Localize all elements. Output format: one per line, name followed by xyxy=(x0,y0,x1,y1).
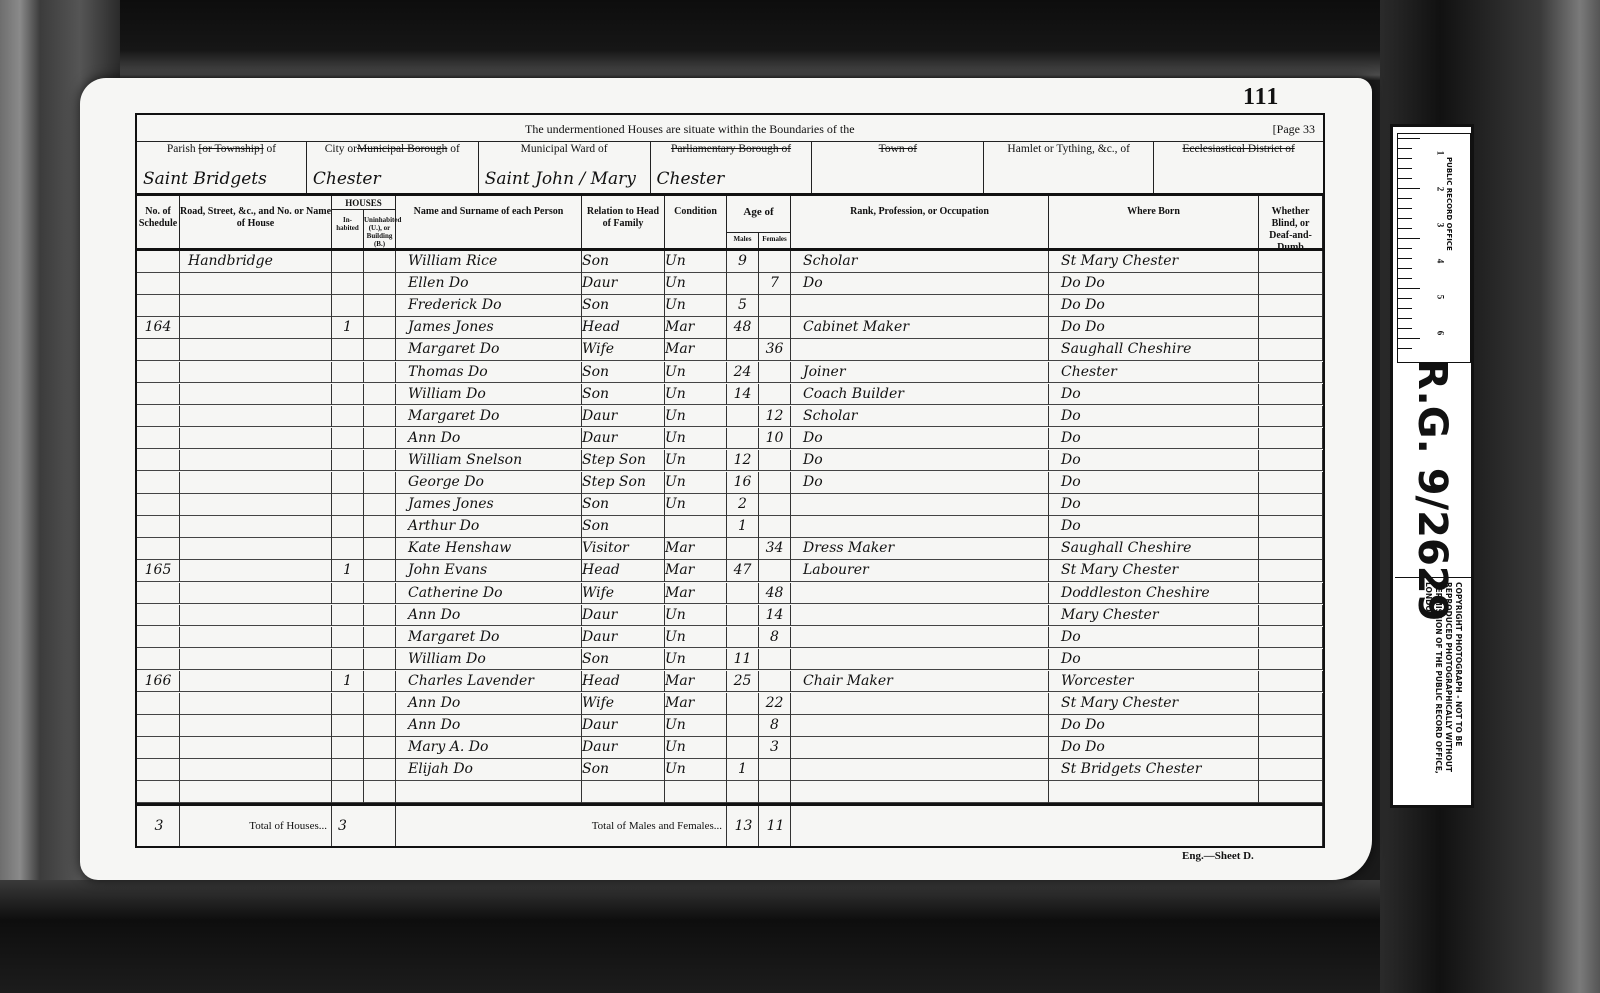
cell-uninhabited xyxy=(364,627,396,649)
table-row: Ellen DoDaurUn7DoDo Do xyxy=(137,273,1323,295)
cell-schedule xyxy=(137,450,180,472)
total-females: 11 xyxy=(759,806,791,846)
cell-name xyxy=(396,781,582,803)
cell-street xyxy=(180,472,332,494)
cell-occupation xyxy=(791,781,1049,803)
cell-born: Do xyxy=(1049,406,1259,428)
ruler-tick xyxy=(1398,278,1412,279)
table-row: William DoSonUn14Coach BuilderDo xyxy=(137,384,1323,406)
cell-inhabited xyxy=(332,516,364,538)
column-header-inhabited: In-habited xyxy=(332,209,364,248)
cell-males: 25 xyxy=(727,671,759,693)
cell-schedule xyxy=(137,339,180,361)
cell-males xyxy=(727,406,759,428)
table-row: 1651John EvansHeadMar47LabourerSt Mary C… xyxy=(137,560,1323,582)
cell-born: Do xyxy=(1049,649,1259,671)
cell-infirm xyxy=(1259,494,1323,516)
cell-relation: Daur xyxy=(582,406,665,428)
cell-name: Margaret Do xyxy=(396,627,582,649)
ruler-tick xyxy=(1398,218,1412,219)
copyright-notice: COPYRIGHT PHOTOGRAPH - NOT TO BE REPRODU… xyxy=(1395,577,1471,803)
column-header-males: Males xyxy=(727,232,759,248)
cell-uninhabited xyxy=(364,737,396,759)
cell-schedule xyxy=(137,605,180,627)
cell-females xyxy=(759,781,791,803)
cell-inhabited xyxy=(332,339,364,361)
cell-occupation xyxy=(791,737,1049,759)
total-houses: 3 xyxy=(332,806,396,846)
cell-inhabited xyxy=(332,251,364,273)
cell-females: 10 xyxy=(759,428,791,450)
table-row: James JonesSonUn2Do xyxy=(137,494,1323,516)
cell-uninhabited xyxy=(364,671,396,693)
locality-label: Parliamentary Borough of xyxy=(651,141,812,156)
cell-infirm xyxy=(1259,251,1323,273)
cell-inhabited xyxy=(332,649,364,671)
cell-schedule xyxy=(137,583,180,605)
cell-relation: Son xyxy=(582,516,665,538)
ruler-tick xyxy=(1398,168,1412,169)
ruler-tick xyxy=(1398,328,1412,329)
column-header-uninhabited: Uninhabited (U.), or Building (B.) xyxy=(364,209,396,248)
cell-females xyxy=(759,494,791,516)
ruler-number: 2 xyxy=(1435,187,1445,192)
cell-name: Frederick Do xyxy=(396,295,582,317)
table-row: Thomas DoSonUn24JoinerChester xyxy=(137,362,1323,384)
column-header-infirm: Whether Blind, or Deaf-and-Dumb xyxy=(1259,196,1323,248)
cell-females xyxy=(759,472,791,494)
cell-occupation xyxy=(791,649,1049,671)
table-row: William DoSonUn11Do xyxy=(137,649,1323,671)
cell-condition: Un xyxy=(665,605,727,627)
office-label: PUBLIC RECORD OFFICE xyxy=(1445,157,1453,251)
ruler-tick xyxy=(1398,208,1412,209)
table-row: Ann DoDaurUn10DoDo xyxy=(137,428,1323,450)
cell-schedule xyxy=(137,737,180,759)
cell-uninhabited xyxy=(364,406,396,428)
cell-name: George Do xyxy=(396,472,582,494)
cell-inhabited xyxy=(332,781,364,803)
table-row: William SnelsonStep SonUn12DoDo xyxy=(137,450,1323,472)
cell-condition: Mar xyxy=(665,538,727,560)
ruler-number: 1 xyxy=(1435,151,1445,156)
cell-street xyxy=(180,339,332,361)
cell-born: Do Do xyxy=(1049,295,1259,317)
cell-name: William Snelson xyxy=(396,450,582,472)
cell-condition xyxy=(665,781,727,803)
locality-label: Municipal Ward of xyxy=(479,141,650,156)
table-row: Mary A. DoDaurUn3Do Do xyxy=(137,737,1323,759)
cell-occupation xyxy=(791,494,1049,516)
locality-3: Parliamentary Borough ofChester xyxy=(651,141,813,193)
cell-condition: Un xyxy=(665,384,727,406)
table-row: George DoStep SonUn16DoDo xyxy=(137,472,1323,494)
cell-street xyxy=(180,583,332,605)
cell-condition: Un xyxy=(665,362,727,384)
cell-infirm xyxy=(1259,781,1323,803)
locality-header: Parish [or Township] ofSaint BridgetsCit… xyxy=(137,141,1323,196)
total-schedules: 3 xyxy=(137,806,180,846)
ruler-tick xyxy=(1398,188,1420,189)
cell-born: Do xyxy=(1049,384,1259,406)
cell-relation: Son xyxy=(582,494,665,516)
cell-occupation xyxy=(791,693,1049,715)
cell-relation: Step Son xyxy=(582,472,665,494)
cell-relation: Head xyxy=(582,317,665,339)
cell-relation: Head xyxy=(582,560,665,582)
ruler-tick xyxy=(1398,148,1412,149)
cell-infirm xyxy=(1259,649,1323,671)
cell-inhabited xyxy=(332,295,364,317)
total-persons-label: Total of Males and Females... xyxy=(396,806,727,846)
boundary-banner: The undermentioned Houses are situate wi… xyxy=(137,115,1323,142)
locality-1: City orMunicipal Borough ofChester xyxy=(307,141,479,193)
cell-uninhabited xyxy=(364,362,396,384)
ruler-tick xyxy=(1398,298,1412,299)
cell-relation: Head xyxy=(582,671,665,693)
cell-schedule: 164 xyxy=(137,317,180,339)
cell-infirm xyxy=(1259,583,1323,605)
cell-born: Do Do xyxy=(1049,317,1259,339)
cell-females: 48 xyxy=(759,583,791,605)
page-number: [Page 33 xyxy=(1273,122,1315,137)
cell-females: 8 xyxy=(759,627,791,649)
cell-street xyxy=(180,560,332,582)
cell-occupation xyxy=(791,516,1049,538)
cell-name: Catherine Do xyxy=(396,583,582,605)
cell-condition: Un xyxy=(665,251,727,273)
ruler-number: 3 xyxy=(1435,223,1445,228)
cell-born: Saughall Cheshire xyxy=(1049,538,1259,560)
column-header-condition: Condition xyxy=(665,196,727,248)
cell-condition: Un xyxy=(665,428,727,450)
cell-infirm xyxy=(1259,472,1323,494)
cell-males xyxy=(727,339,759,361)
cell-uninhabited xyxy=(364,273,396,295)
cell-street xyxy=(180,406,332,428)
table-row xyxy=(137,781,1323,803)
cell-relation: Visitor xyxy=(582,538,665,560)
cell-males xyxy=(727,693,759,715)
cell-females: 12 xyxy=(759,406,791,428)
cell-females: 3 xyxy=(759,737,791,759)
total-blank xyxy=(791,806,1323,846)
cell-males: 1 xyxy=(727,516,759,538)
table-row: Ann DoWifeMar22St Mary Chester xyxy=(137,693,1323,715)
cell-born: Do Do xyxy=(1049,273,1259,295)
cell-name: Ellen Do xyxy=(396,273,582,295)
cell-males: 2 xyxy=(727,494,759,516)
cell-born: Do xyxy=(1049,494,1259,516)
column-group-age: Age of xyxy=(727,196,791,232)
cell-relation: Step Son xyxy=(582,450,665,472)
cell-schedule xyxy=(137,649,180,671)
total-houses-label: Total of Houses... xyxy=(180,806,332,846)
cell-infirm xyxy=(1259,406,1323,428)
locality-value: Chester xyxy=(657,169,725,189)
cell-condition: Un xyxy=(665,295,727,317)
cell-relation: Son xyxy=(582,384,665,406)
table-row: Ann DoDaurUn8Do Do xyxy=(137,715,1323,737)
ruler-tick xyxy=(1398,158,1412,159)
ruler-tick xyxy=(1398,308,1412,309)
cell-schedule xyxy=(137,406,180,428)
cell-street xyxy=(180,516,332,538)
cell-inhabited xyxy=(332,737,364,759)
ruler-tick xyxy=(1398,258,1412,259)
cell-name: James Jones xyxy=(396,317,582,339)
cell-schedule xyxy=(137,384,180,406)
cell-street xyxy=(180,671,332,693)
cell-street xyxy=(180,649,332,671)
cell-inhabited xyxy=(332,472,364,494)
cell-name: Ann Do xyxy=(396,715,582,737)
copyright-text: COPYRIGHT PHOTOGRAPH - NOT TO BE REPRODU… xyxy=(1423,582,1463,797)
cell-condition: Un xyxy=(665,737,727,759)
cell-uninhabited xyxy=(364,295,396,317)
table-row: Ann DoDaurUn14Mary Chester xyxy=(137,605,1323,627)
cell-condition: Un xyxy=(665,649,727,671)
cell-relation: Daur xyxy=(582,737,665,759)
table-row: 1641James JonesHeadMar48Cabinet MakerDo … xyxy=(137,317,1323,339)
cell-name: Ann Do xyxy=(396,428,582,450)
cell-inhabited xyxy=(332,273,364,295)
cell-street xyxy=(180,715,332,737)
cell-inhabited xyxy=(332,450,364,472)
cell-infirm xyxy=(1259,671,1323,693)
cell-males: 16 xyxy=(727,472,759,494)
cell-males: 9 xyxy=(727,251,759,273)
cell-uninhabited xyxy=(364,450,396,472)
cell-condition: Mar xyxy=(665,339,727,361)
table-row: Margaret DoDaurUn8Do xyxy=(137,627,1323,649)
cell-relation: Daur xyxy=(582,273,665,295)
locality-label: Hamlet or Tything, &c., of xyxy=(984,141,1153,156)
ruler-tick xyxy=(1398,138,1420,139)
cell-occupation xyxy=(791,759,1049,781)
locality-label: Ecclesiastical District of xyxy=(1154,141,1323,156)
cell-born xyxy=(1049,781,1259,803)
cell-schedule xyxy=(137,362,180,384)
cell-schedule xyxy=(137,627,180,649)
ruler-number: 6 xyxy=(1435,331,1445,336)
sheet-footer: Eng.—Sheet D. xyxy=(1182,850,1254,862)
cell-street xyxy=(180,295,332,317)
cell-condition: Un xyxy=(665,494,727,516)
cell-males xyxy=(727,737,759,759)
cell-schedule xyxy=(137,759,180,781)
locality-value: Chester xyxy=(313,169,381,189)
cell-females xyxy=(759,649,791,671)
table-row: 1661Charles LavenderHeadMar25Chair Maker… xyxy=(137,671,1323,693)
ruler-tick xyxy=(1398,178,1412,179)
cell-street: Handbridge xyxy=(180,251,332,273)
cell-schedule xyxy=(137,273,180,295)
cell-condition: Mar xyxy=(665,317,727,339)
cell-relation: Son xyxy=(582,251,665,273)
cell-schedule xyxy=(137,428,180,450)
cell-males: 5 xyxy=(727,295,759,317)
cell-condition: Un xyxy=(665,759,727,781)
cell-name: Margaret Do xyxy=(396,406,582,428)
cell-males xyxy=(727,781,759,803)
column-header-females: Females xyxy=(759,232,791,248)
locality-6: Ecclesiastical District of xyxy=(1154,141,1323,193)
cell-males xyxy=(727,605,759,627)
cell-relation: Daur xyxy=(582,627,665,649)
cell-name: William Rice xyxy=(396,251,582,273)
table-row: Elijah DoSonUn1St Bridgets Chester xyxy=(137,759,1323,781)
cell-name: Mary A. Do xyxy=(396,737,582,759)
cell-relation: Daur xyxy=(582,605,665,627)
locality-0: Parish [or Township] ofSaint Bridgets xyxy=(137,141,307,193)
cell-males: 48 xyxy=(727,317,759,339)
ruler-tick xyxy=(1398,238,1420,239)
cell-uninhabited xyxy=(364,759,396,781)
cell-uninhabited xyxy=(364,494,396,516)
folio-number: 111 xyxy=(1243,84,1279,111)
cell-street xyxy=(180,273,332,295)
cell-schedule: 165 xyxy=(137,560,180,582)
cell-uninhabited xyxy=(364,472,396,494)
ruler-number: 4 xyxy=(1435,259,1445,264)
table-row: Kate HenshawVisitorMar34Dress MakerSaugh… xyxy=(137,538,1323,560)
cell-born: St Mary Chester xyxy=(1049,693,1259,715)
locality-label: Town of xyxy=(812,141,983,156)
cell-occupation xyxy=(791,339,1049,361)
cell-infirm xyxy=(1259,317,1323,339)
cell-males: 11 xyxy=(727,649,759,671)
cell-name: Margaret Do xyxy=(396,339,582,361)
cell-infirm xyxy=(1259,362,1323,384)
column-header-born: Where Born xyxy=(1049,196,1259,248)
cell-uninhabited xyxy=(364,538,396,560)
cell-infirm xyxy=(1259,605,1323,627)
cell-born: Do xyxy=(1049,516,1259,538)
cell-born: Chester xyxy=(1049,362,1259,384)
cell-born: Do xyxy=(1049,450,1259,472)
cell-males: 47 xyxy=(727,560,759,582)
cell-condition: Un xyxy=(665,715,727,737)
cell-name: Ann Do xyxy=(396,605,582,627)
cell-infirm xyxy=(1259,627,1323,649)
cell-born: Do Do xyxy=(1049,737,1259,759)
cell-infirm xyxy=(1259,715,1323,737)
cell-born: Do Do xyxy=(1049,715,1259,737)
cell-schedule xyxy=(137,693,180,715)
cell-occupation: Labourer xyxy=(791,560,1049,582)
cell-born: Do xyxy=(1049,472,1259,494)
cell-uninhabited xyxy=(364,317,396,339)
cell-infirm xyxy=(1259,273,1323,295)
cell-occupation xyxy=(791,627,1049,649)
column-header-relation: Relation to Head of Family xyxy=(582,196,665,248)
total-males: 13 xyxy=(727,806,759,846)
cell-inhabited xyxy=(332,715,364,737)
cell-females xyxy=(759,671,791,693)
cell-uninhabited xyxy=(364,516,396,538)
cell-name: James Jones xyxy=(396,494,582,516)
cell-females xyxy=(759,450,791,472)
scale-ruler: 123456 xyxy=(1397,133,1471,363)
cell-occupation: Cabinet Maker xyxy=(791,317,1049,339)
cell-females xyxy=(759,560,791,582)
cell-females: 22 xyxy=(759,693,791,715)
cell-occupation: Joiner xyxy=(791,362,1049,384)
cell-condition: Un xyxy=(665,273,727,295)
column-header-occupation: Rank, Profession, or Occupation xyxy=(791,196,1049,248)
cell-condition: Mar xyxy=(665,583,727,605)
cell-schedule xyxy=(137,715,180,737)
cell-relation: Wife xyxy=(582,339,665,361)
cell-infirm xyxy=(1259,450,1323,472)
cell-relation xyxy=(582,781,665,803)
table-row: Margaret DoDaurUn12ScholarDo xyxy=(137,406,1323,428)
cell-street xyxy=(180,627,332,649)
cell-born: Doddleston Cheshire xyxy=(1049,583,1259,605)
cell-relation: Wife xyxy=(582,583,665,605)
column-header-street: Road, Street, &c., and No. or Name of Ho… xyxy=(180,196,332,248)
cell-name: Kate Henshaw xyxy=(396,538,582,560)
cell-occupation: Do xyxy=(791,273,1049,295)
cell-schedule xyxy=(137,516,180,538)
cell-occupation: Do xyxy=(791,472,1049,494)
cell-uninhabited xyxy=(364,251,396,273)
cell-uninhabited xyxy=(364,339,396,361)
locality-value: Saint Bridgets xyxy=(143,169,267,189)
column-header-schedule: No. of Schedule xyxy=(137,196,180,248)
ruler-tick xyxy=(1398,198,1412,199)
cell-condition: Mar xyxy=(665,671,727,693)
cell-schedule xyxy=(137,251,180,273)
cell-occupation xyxy=(791,605,1049,627)
cell-street xyxy=(180,538,332,560)
cell-males xyxy=(727,538,759,560)
table-row: Arthur DoSon1Do xyxy=(137,516,1323,538)
cell-occupation: Scholar xyxy=(791,251,1049,273)
cell-inhabited xyxy=(332,362,364,384)
cell-schedule xyxy=(137,781,180,803)
table-row: HandbridgeWilliam RiceSonUn9ScholarSt Ma… xyxy=(137,251,1323,273)
ruler-tick xyxy=(1398,318,1412,319)
cell-name: William Do xyxy=(396,384,582,406)
cell-occupation: Do xyxy=(791,450,1049,472)
cell-males: 14 xyxy=(727,384,759,406)
reference-card: 123456 PUBLIC RECORD OFFICE R.G. 9/2629 … xyxy=(1390,124,1474,808)
locality-value: Saint John / Mary xyxy=(485,169,636,189)
locality-label: City orMunicipal Borough of xyxy=(307,141,478,156)
cell-males xyxy=(727,715,759,737)
cell-females: 7 xyxy=(759,273,791,295)
cell-uninhabited xyxy=(364,693,396,715)
cell-uninhabited xyxy=(364,605,396,627)
ruler-number: 5 xyxy=(1435,295,1445,300)
locality-4: Town of xyxy=(812,141,984,193)
cell-name: Thomas Do xyxy=(396,362,582,384)
cell-schedule xyxy=(137,472,180,494)
cell-schedule: 166 xyxy=(137,671,180,693)
cell-males xyxy=(727,273,759,295)
cell-relation: Daur xyxy=(582,715,665,737)
census-form: The undermentioned Houses are situate wi… xyxy=(135,113,1325,848)
cell-inhabited xyxy=(332,384,364,406)
cell-occupation xyxy=(791,715,1049,737)
cell-relation: Wife xyxy=(582,693,665,715)
cell-males: 1 xyxy=(727,759,759,781)
cell-uninhabited xyxy=(364,560,396,582)
cell-street xyxy=(180,317,332,339)
cell-inhabited xyxy=(332,538,364,560)
